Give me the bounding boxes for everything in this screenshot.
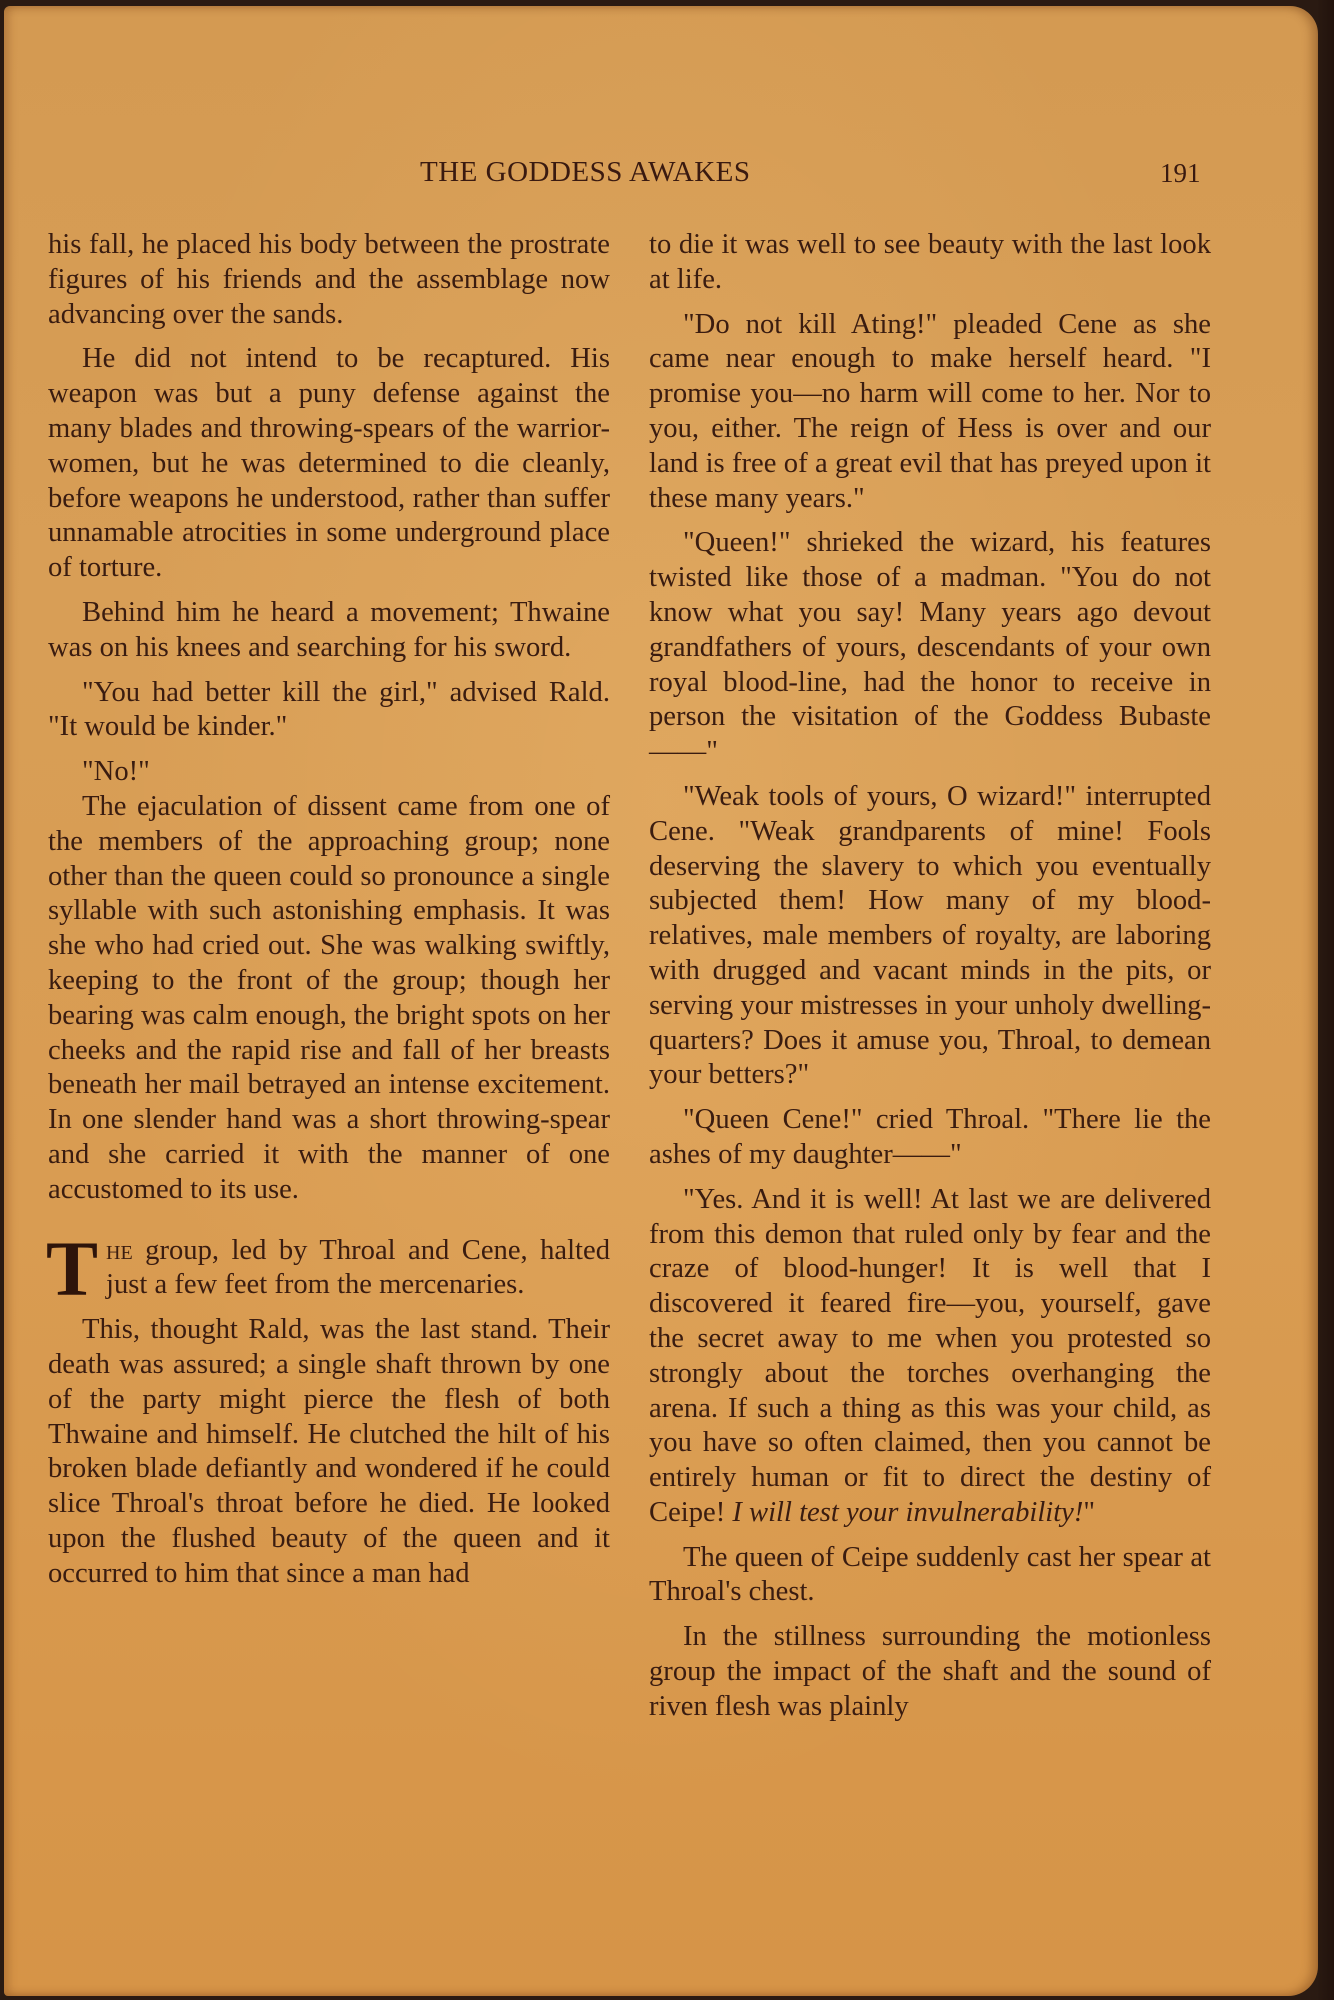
paragraph-text: "Yes. And it is well! At last we are del… [649,1184,1211,1528]
paragraph: "Queen Cene!" cried Throal. "There lie t… [649,1103,1211,1173]
paragraph: The queen of Ceipe suddenly cast her spe… [649,1541,1211,1611]
paragraph: to die it was well to see beauty with th… [649,228,1211,298]
paragraph: This, thought Rald, was the last stand. … [48,1313,610,1591]
section-opening-paragraph: The group, led by Throal and Cene, halte… [48,1234,610,1304]
closing-quote: " [1083,1497,1095,1528]
paragraph: "No!" [48,755,610,790]
right-column: to die it was well to see beauty with th… [649,228,1211,1735]
book-page: THE GODDESS AWAKES 191 his fall, he plac… [4,6,1318,1996]
page-number: 191 [1160,158,1201,189]
running-head: THE GODDESS AWAKES 191 [4,156,1318,196]
paragraph: "Queen!" shrieked the wizard, his featur… [649,526,1211,770]
page-edge-shadow [1316,0,1334,2000]
drop-cap: T [46,1238,98,1300]
paragraph: "You had better kill the girl," advised … [48,676,610,746]
paragraph: his fall, he placed his body between the… [48,228,610,332]
paragraph: In the stillness surrounding the motionl… [649,1620,1211,1724]
italic-emphasis: I will test your invulnerability! [732,1497,1083,1528]
small-caps-lead: he [106,1235,133,1266]
paragraph-text: group, led by Throal and Cene, halted ju… [106,1235,610,1301]
paragraph: Behind him he heard a movement; Thwaine … [48,596,610,666]
left-column: his fall, he placed his body between the… [48,228,610,1601]
paragraph: The ejaculation of dissent came from one… [48,790,610,1208]
paragraph: "Yes. And it is well! At last we are del… [649,1183,1211,1531]
paragraph: "Do not kill Ating!" pleaded Cene as she… [649,308,1211,517]
running-title: THE GODDESS AWAKES [420,156,751,189]
paragraph: "Weak tools of yours, O wizard!" interru… [649,780,1211,1093]
paragraph: He did not intend to be recaptured. His … [48,342,610,586]
